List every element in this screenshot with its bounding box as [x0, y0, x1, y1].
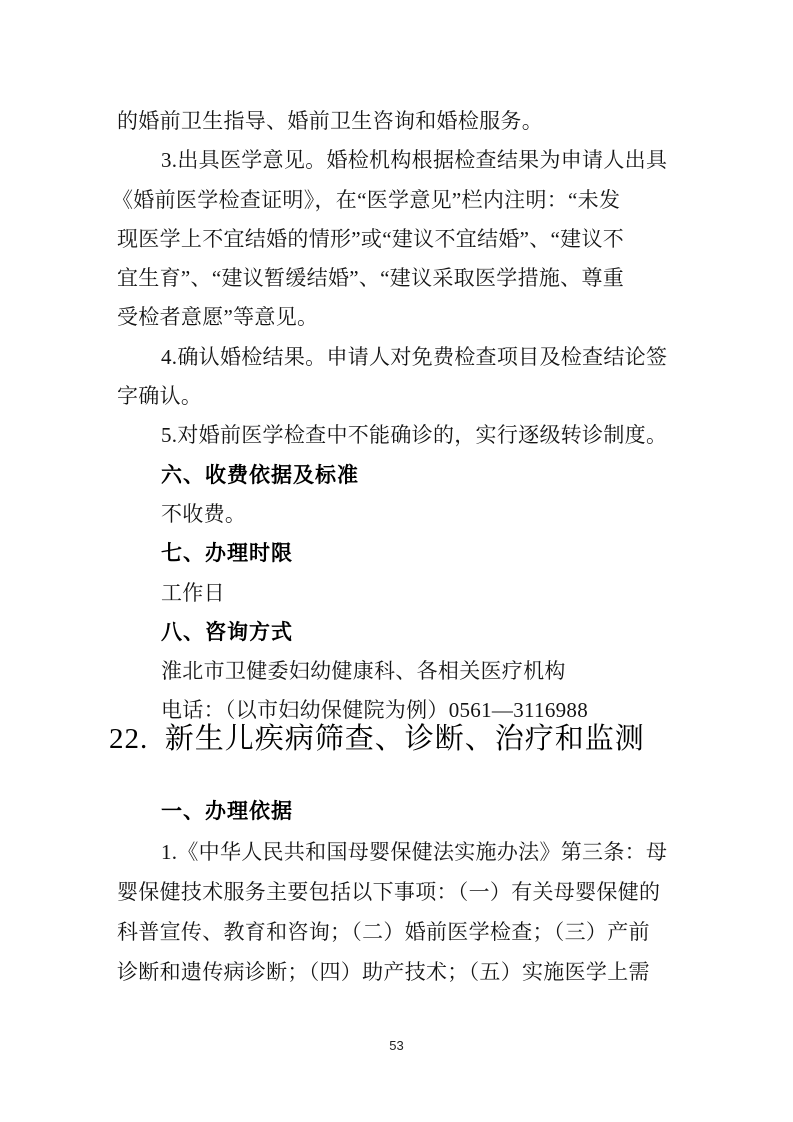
section-heading-timelimit: 七、办理时限 — [117, 534, 679, 573]
text-line: 工作日 — [117, 574, 679, 613]
chapter-title: 22. 新生儿疾病筛查、诊断、治疗和监测 — [109, 717, 679, 761]
page-content: 的婚前卫生指导、婚前卫生咨询和婚检服务。 3.出具医学意见。婚检机构根据检查结果… — [117, 102, 679, 992]
text-line: 淮北市卫健委妇幼健康科、各相关医疗机构 — [117, 652, 679, 691]
text-line: 诊断和遗传病诊断；（四）助产技术；（五）实施医学上需 — [117, 952, 679, 992]
text-line: 字确认。 — [117, 377, 679, 416]
text-line: 科普宣传、教育和咨询；（二）婚前医学检查；（三）产前 — [117, 912, 679, 952]
text-line: 4.确认婚检结果。申请人对免费检查项目及检查结论签 — [117, 338, 679, 377]
text-line: 《婚前医学检查证明》，在“医学意见”栏内注明：“未发 — [112, 181, 679, 220]
text-line: 婴保健技术服务主要包括以下事项：（一）有关母婴保健的 — [117, 872, 679, 912]
text-line: 3.出具医学意见。婚检机构根据检查结果为申请人出具 — [117, 141, 679, 180]
text-line: 现医学上不宜结婚的情形”或“建议不宜结婚”、“建议不 — [117, 220, 679, 259]
text-line: 不收费。 — [117, 495, 679, 534]
text-line: 受检者意愿”等意见。 — [117, 298, 679, 337]
text-line: 5.对婚前医学检查中不能确诊的，实行逐级转诊制度。 — [117, 416, 679, 455]
text-line: 的婚前卫生指导、婚前卫生咨询和婚检服务。 — [117, 102, 679, 141]
chapter-body: 一、办理依据 1.《中华人民共和国母婴保健法实施办法》第三条：母 婴保健技术服务… — [117, 792, 679, 992]
section-heading-contact: 八、咨询方式 — [117, 613, 679, 652]
text-line: 1.《中华人民共和国母婴保健法实施办法》第三条：母 — [117, 832, 679, 872]
section-heading-basis: 一、办理依据 — [117, 792, 679, 832]
document-page: 的婚前卫生指导、婚前卫生咨询和婚检服务。 3.出具医学意见。婚检机构根据检查结果… — [0, 0, 793, 1122]
page-number: 53 — [0, 1038, 793, 1053]
section-heading-fees: 六、收费依据及标准 — [117, 456, 679, 495]
text-line: 宜生育”、“建议暂缓结婚”、“建议采取医学措施、尊重 — [117, 259, 679, 298]
